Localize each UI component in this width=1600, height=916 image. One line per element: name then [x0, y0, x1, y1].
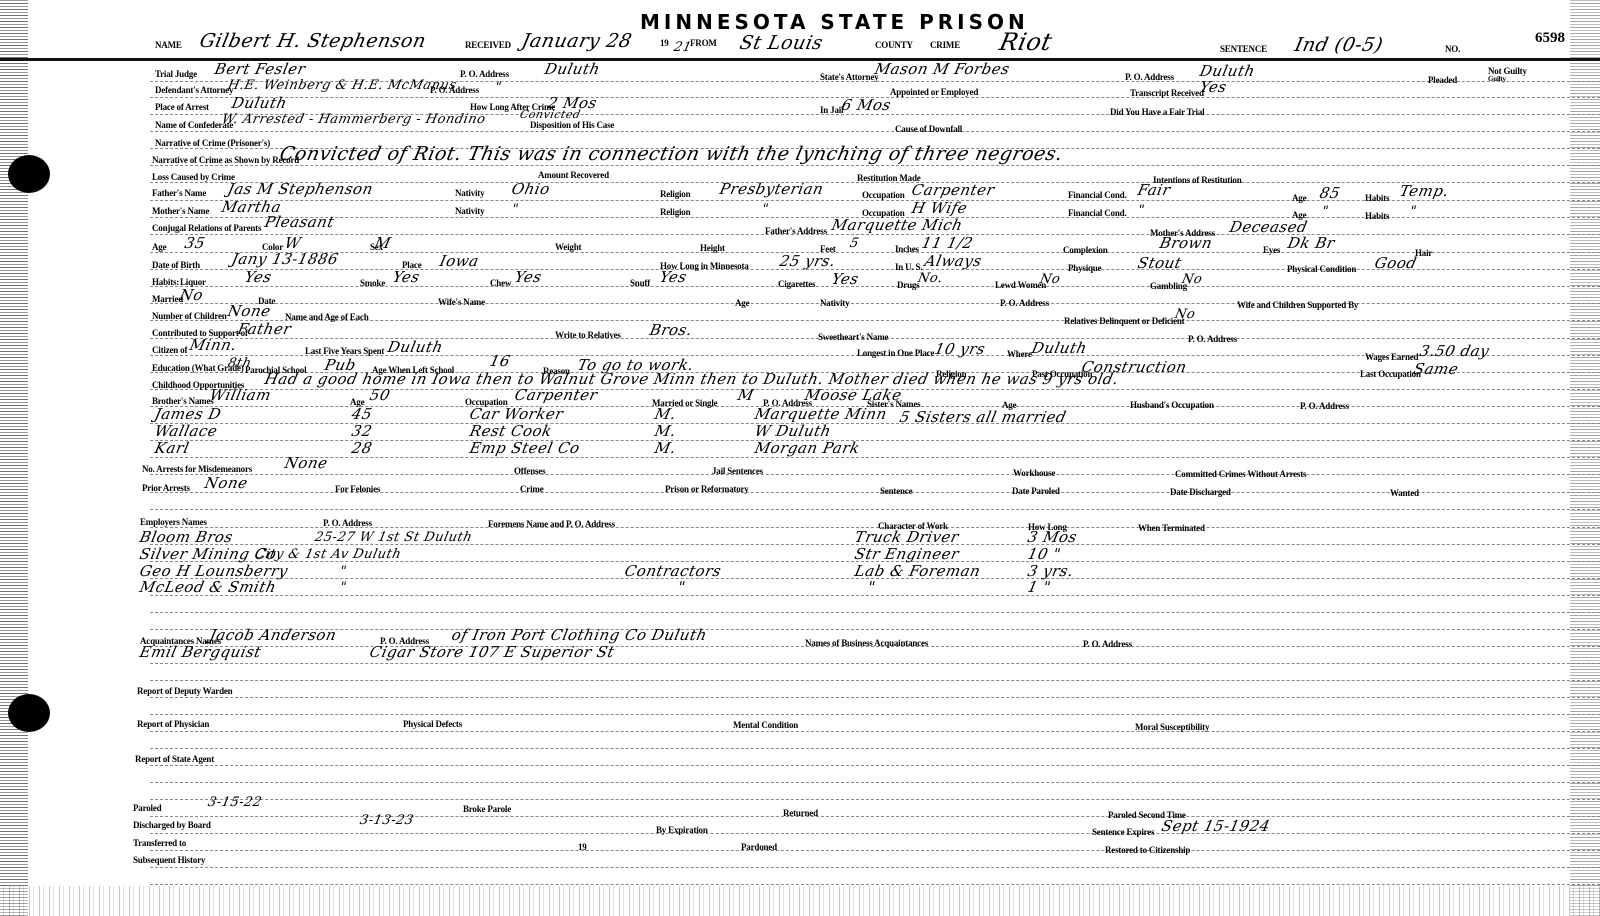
label-discharged-board: Discharged by Board: [133, 820, 211, 830]
label-po-address-2: P. O. Address: [1125, 72, 1174, 82]
label-loss: Loss Caused by Crime: [152, 172, 235, 182]
rule-line: [150, 303, 1600, 304]
value-physical-condition: Good: [1373, 254, 1418, 272]
label-po-address-3: P. O. Address: [430, 85, 479, 95]
brother-address: Marquette Minn: [753, 405, 889, 423]
label-deputy-warden: Report of Deputy Warden: [137, 686, 232, 696]
label-wife-nativity: Nativity: [820, 298, 849, 308]
label-fathers-address: Father's Address: [765, 226, 827, 236]
rule-line: [150, 234, 1600, 235]
employer-character: ": [866, 578, 877, 596]
label-last-five: Last Five Years Spent: [305, 346, 384, 356]
label-mother-habits: Habits: [1365, 211, 1389, 221]
label-restitution: Restitution Made: [857, 173, 921, 183]
label-received: RECEIVED: [465, 40, 511, 50]
scan-noise-bottom: [0, 886, 1600, 916]
employer-how-long: 10 ": [1026, 545, 1063, 563]
label-husbands-occupation: Husband's Occupation: [1130, 400, 1214, 410]
value-mother-nativity: ": [510, 202, 520, 217]
value-father-financial: Fair: [1136, 181, 1172, 199]
employer-name: Bloom Bros: [138, 528, 235, 546]
value-snuff: Yes: [658, 268, 689, 286]
label-wife-children-supported: Wife and Children Supported By: [1237, 300, 1358, 310]
label-sister-po: P. O. Address: [1300, 401, 1349, 411]
label-crime: CRIME: [930, 40, 960, 50]
label-disposition: Disposition of His Case: [530, 120, 614, 130]
label-business-po: P. O. Address: [1083, 639, 1132, 649]
value-in-jail: 6 Mos: [840, 96, 893, 114]
label-fair-trial: Did You Have a Fair Trial: [1110, 107, 1204, 117]
employer-foreman: Contractors: [623, 562, 723, 580]
label-guilty: Guilty: [1488, 75, 1506, 83]
label-physician: Report of Physician: [137, 719, 209, 729]
brother-address: Moose Lake: [803, 386, 903, 404]
value-physique: Stout: [1136, 254, 1183, 272]
scan-edge-left: [0, 0, 28, 916]
label-pleaded: Pleaded: [1428, 75, 1457, 85]
rule-line: [150, 765, 1600, 766]
value-father-religion: Presbyterian: [718, 180, 825, 198]
label-wife-age: Age: [735, 298, 749, 308]
label-father-religion: Religion: [660, 189, 690, 199]
binder-hole-top: [8, 155, 50, 193]
label-for-felonies: For Felonies: [335, 484, 380, 494]
brother-married: M: [736, 386, 756, 404]
rule-line: [150, 457, 1600, 458]
label-father: Father's Name: [152, 188, 206, 198]
label-workhouse: Workhouse: [1013, 468, 1055, 478]
label-num-children: Number of Children: [152, 311, 227, 321]
value-last-five: Duluth: [386, 338, 445, 356]
value-dob: Jany 13-1886: [230, 250, 340, 268]
value-judge-po: Duluth: [543, 60, 602, 78]
label-when-terminated: When Terminated: [1138, 523, 1205, 533]
employer-address: ": [338, 580, 348, 595]
value-defendants-attorney: H.E. Weinberg & H.E. McManus: [226, 78, 458, 93]
label-employers: Employers Names: [140, 517, 207, 527]
label-inches: Inches: [895, 244, 919, 254]
rule-line: [150, 833, 1600, 834]
value-place-of-arrest: Duluth: [230, 94, 289, 112]
employer-foreman: ": [676, 578, 687, 596]
label-wanted: Wanted: [1390, 488, 1419, 498]
label-father-habits: Habits: [1365, 193, 1389, 203]
value-wages: 3.50 day: [1418, 342, 1491, 360]
label-date-paroled: Date Paroled: [1012, 486, 1060, 496]
label-place-of-arrest: Place of Arrest: [155, 102, 209, 112]
rule-line: [150, 131, 1600, 132]
employer-character: Truck Driver: [853, 528, 960, 546]
label-physique: Physique: [1068, 263, 1101, 273]
value-father-habits: Temp.: [1398, 182, 1451, 200]
label-cause-downfall: Cause of Downfall: [895, 124, 962, 134]
rule-line: [150, 799, 1600, 800]
value-discharged-board: 3-13-23: [358, 813, 415, 828]
value-paroled: 3-15-22: [206, 795, 263, 810]
label-height: Height: [700, 243, 725, 253]
label-transferred: Transferred to: [133, 838, 186, 848]
brother-address: W Duluth: [753, 422, 833, 440]
label-transcript-received: Transcript Received: [1130, 88, 1204, 98]
rule-line: [150, 629, 1600, 630]
label-age: Age: [152, 242, 166, 252]
employer-name: McLeod & Smith: [138, 578, 278, 596]
employer-how-long: 3 Mos: [1026, 528, 1079, 546]
brother-married: M.: [653, 405, 678, 423]
label-county: COUNTY: [875, 40, 913, 50]
label-name: NAME: [155, 40, 182, 50]
value-lewd-women: No: [1038, 272, 1061, 287]
value-conjugal: Pleasant: [263, 213, 336, 231]
document-title: MINNESOTA STATE PRISON: [640, 10, 1029, 34]
value-relatives-delinquent: No: [1173, 307, 1196, 322]
rule-line: [150, 731, 1600, 732]
rule-line: [150, 867, 1600, 868]
label-dob: Date of Birth: [152, 260, 200, 270]
value-liquor: Yes: [243, 268, 274, 286]
label-year-prefix: 19: [578, 842, 587, 852]
label-father-age: Age: [1292, 193, 1306, 203]
brother-name: Wallace: [153, 422, 219, 440]
label-from: FROM: [690, 38, 717, 48]
label-sentence: SENTENCE: [1220, 44, 1267, 54]
value-father-nativity: Ohio: [510, 180, 552, 198]
label-narrative-prisoner: Narrative of Crime (Prisoner's): [155, 138, 270, 148]
value-smoke: Yes: [391, 268, 422, 286]
acquaintance-address: of Iron Port Clothing Co Duluth: [450, 626, 709, 644]
rule-line: [150, 165, 1600, 166]
label-mental: Mental Condition: [733, 720, 798, 730]
label-po-address: P. O. Address: [460, 69, 509, 79]
value-narrative-record: Convicted of Riot. This was in connectio…: [278, 143, 1065, 165]
rule-line: [150, 782, 1600, 783]
label-date-discharged: Date Discharged: [1170, 487, 1231, 497]
label-father-occupation: Occupation: [862, 190, 905, 200]
label-moral: Moral Susceptibility: [1135, 722, 1209, 732]
value-confederate: W. Arrested - Hammerberg - Hondino: [220, 112, 487, 127]
label-smoke: Smoke: [360, 278, 385, 288]
rule-line: [150, 680, 1600, 681]
rule-line: [150, 748, 1600, 749]
value-eyes: Dk Br: [1286, 234, 1336, 252]
label-mother-religion: Religion: [660, 207, 690, 217]
value-received: January 28: [520, 30, 634, 52]
binder-hole-bottom: [8, 694, 50, 732]
acquaintance-name: Jacob Anderson: [208, 626, 338, 644]
label-prior-arrests: Prior Arrests: [142, 483, 190, 493]
label-sweetheart: Sweetheart's Name: [818, 332, 888, 342]
rule-line: [150, 252, 1600, 253]
value-drugs: No.: [916, 271, 944, 286]
employer-address: City & 1st Av Duluth: [253, 547, 402, 562]
label-sweetheart-po: P. O. Address: [1188, 334, 1237, 344]
label-employer-po: P. O. Address: [323, 518, 372, 528]
value-last-occupation: Same: [1412, 360, 1460, 378]
label-cigarettes: Cigarettes: [778, 279, 815, 289]
label-wages: Wages Earned: [1365, 352, 1418, 362]
value-age-left: 16: [488, 352, 512, 370]
value-where: Duluth: [1030, 339, 1089, 357]
value-defense-po: ": [493, 80, 503, 95]
label-longest: Longest in One Place: [857, 348, 934, 358]
value-father-occupation: Carpenter: [910, 181, 996, 199]
brother-name: James D: [153, 405, 223, 423]
label-business: Names of Business Acquaintances: [805, 638, 928, 648]
value-sentence: Ind (0-5): [1293, 34, 1386, 56]
label-committed-without: Committed Crimes Without Arrests: [1175, 469, 1306, 479]
label-year: 19: [660, 38, 669, 48]
label-pardoned: Pardoned: [741, 842, 777, 852]
brother-occupation: Rest Cook: [468, 422, 554, 440]
label-subsequent: Subsequent History: [133, 855, 205, 865]
value-how-long-mn: 25 yrs.: [778, 252, 837, 270]
rule-line: [150, 697, 1600, 698]
brother-name: William: [208, 386, 273, 404]
brother-address: Morgan Park: [753, 439, 861, 457]
label-snuff: Snuff: [630, 278, 650, 288]
value-states-attorney: Mason M Forbes: [873, 60, 1011, 78]
label-states-attorney: State's Attorney: [820, 72, 879, 82]
employer-address: ": [338, 564, 348, 579]
scan-edge-right: [1570, 0, 1600, 916]
value-fathers-address: Marquette Mich: [830, 216, 964, 234]
label-broke-parole: Broke Parole: [463, 804, 511, 814]
value-father-name: Jas M Stephenson: [226, 180, 375, 198]
label-write-relatives: Write to Relatives: [555, 330, 621, 340]
rule-line: [150, 595, 1600, 596]
brother-occupation: Carpenter: [513, 386, 599, 404]
label-relatives-delinquent: Relatives Delinquent or Deficient: [1064, 316, 1184, 326]
label-offenses: Offenses: [514, 466, 545, 476]
value-name: Gilbert H. Stephenson: [198, 30, 429, 52]
acquaintance-name: Emil Bergquist: [138, 643, 263, 661]
rule-line: [150, 714, 1600, 715]
label-weight: Weight: [555, 242, 581, 252]
label-complexion: Complexion: [1063, 245, 1108, 255]
value-citizen: Minn.: [188, 336, 239, 354]
value-feet: 5: [848, 236, 860, 251]
label-sentence-expires: Sentence Expires: [1092, 827, 1154, 837]
value-contributed: Father: [236, 320, 293, 338]
label-crime: Crime: [520, 484, 544, 494]
value-sentence-expires: Sept 15-1924: [1160, 817, 1272, 835]
label-citizen: Citizen of: [152, 345, 187, 355]
value-place: Iowa: [438, 252, 481, 270]
value-complexion: Brown: [1158, 234, 1214, 252]
rule-line: [150, 474, 1600, 475]
acquaintance-address: Cigar Store 107 E Superior St: [368, 643, 616, 661]
value-sex: M: [373, 234, 393, 252]
value-arrests-misd: None: [283, 454, 330, 472]
value-prior-arrests: None: [203, 474, 250, 492]
value-mother-occupation: H Wife: [910, 199, 969, 217]
value-in-us: Always: [923, 252, 983, 270]
value-crime: Riot: [997, 28, 1055, 56]
value-married: No: [178, 286, 205, 304]
brother-age: 28: [350, 439, 374, 457]
label-defendants-attorney: Defendant's Attorney: [155, 85, 233, 95]
brother-occupation: Emp Steel Co: [468, 439, 582, 457]
rule-line: [150, 884, 1600, 885]
label-father-nativity: Nativity: [455, 188, 484, 198]
brother-married: M.: [653, 422, 678, 440]
employer-character: Str Engineer: [853, 545, 961, 563]
label-physical-defects: Physical Defects: [403, 719, 462, 729]
label-wife-po: P. O. Address: [1000, 298, 1049, 308]
label-eyes: Eyes: [1263, 245, 1280, 255]
label-mother-financial: Financial Cond.: [1068, 208, 1127, 218]
rule-line: [150, 509, 1600, 510]
record-number: 6598: [1535, 30, 1565, 47]
label-habits: Habits:: [152, 277, 179, 287]
value-cigarettes: Yes: [830, 270, 861, 288]
value-gambling: No: [1180, 272, 1203, 287]
label-prison-reformatory: Prison or Reformatory: [665, 484, 749, 494]
employer-how-long: 1 ": [1026, 578, 1053, 596]
label-record-sentence: Sentence: [880, 486, 912, 496]
label-in-us: In U. S.: [895, 262, 922, 272]
label-mother: Mother's Name: [152, 206, 209, 216]
employer-address: 25-27 W 1st St Duluth: [313, 530, 473, 545]
rule-line: [150, 612, 1600, 613]
brother-age: 45: [350, 405, 374, 423]
brother-age: 50: [368, 386, 392, 404]
label-returned: Returned: [783, 808, 818, 818]
label-appointed-employed: Appointed or Employed: [890, 87, 978, 97]
label-name-age-each: Name and Age of Each: [285, 312, 369, 322]
value-longest: 10 yrs: [933, 340, 987, 358]
label-father-financial: Financial Cond.: [1068, 190, 1127, 200]
label-mother-nativity: Nativity: [455, 206, 484, 216]
label-foremen: Foremens Name and P. O. Address: [488, 519, 615, 529]
label-conjugal: Conjugal Relations of Parents: [152, 223, 261, 233]
rule-line: [150, 663, 1600, 664]
label-chew: Chew: [490, 278, 511, 288]
label-wifes-name: Wife's Name: [438, 297, 485, 307]
value-chew: Yes: [513, 268, 544, 286]
value-mother-religion: ": [760, 202, 770, 217]
brother-married: M.: [653, 439, 678, 457]
label-state-agent: Report of State Agent: [135, 754, 214, 764]
value-num-children: None: [226, 302, 273, 320]
brother-name: Karl: [153, 439, 191, 457]
value-write-relatives: Bros.: [648, 321, 694, 339]
label-where: Where: [1007, 349, 1032, 359]
value-mother-financial: ": [1136, 203, 1146, 218]
value-from: St Louis: [738, 32, 825, 54]
label-paroled: Paroled: [133, 803, 161, 813]
value-inches: 11 1/2: [920, 234, 975, 252]
rule-line: [150, 850, 1600, 851]
value-age: 35: [183, 234, 207, 252]
label-no: NO.: [1445, 44, 1460, 54]
brother-age: 32: [350, 422, 374, 440]
label-by-expiration: By Expiration: [656, 825, 708, 835]
label-restored: Restored to Citizenship: [1105, 845, 1190, 855]
value-transcript-received: Yes: [1198, 78, 1229, 96]
value-sisters-note: 5 Sisters all married: [898, 408, 1068, 426]
value-father-age: 85: [1318, 184, 1342, 202]
brother-occupation: Car Worker: [468, 405, 565, 423]
value-trial-judge: Bert Fesler: [213, 60, 307, 78]
label-physical-condition: Physical Condition: [1287, 264, 1356, 274]
label-jail-sentences: Jail Sentences: [712, 466, 763, 476]
label-amount-recovered: Amount Recovered: [538, 170, 609, 180]
label-arrests-misd: No. Arrests for Misdemeanors: [142, 464, 252, 474]
label-trial-judge: Trial Judge: [155, 69, 197, 79]
